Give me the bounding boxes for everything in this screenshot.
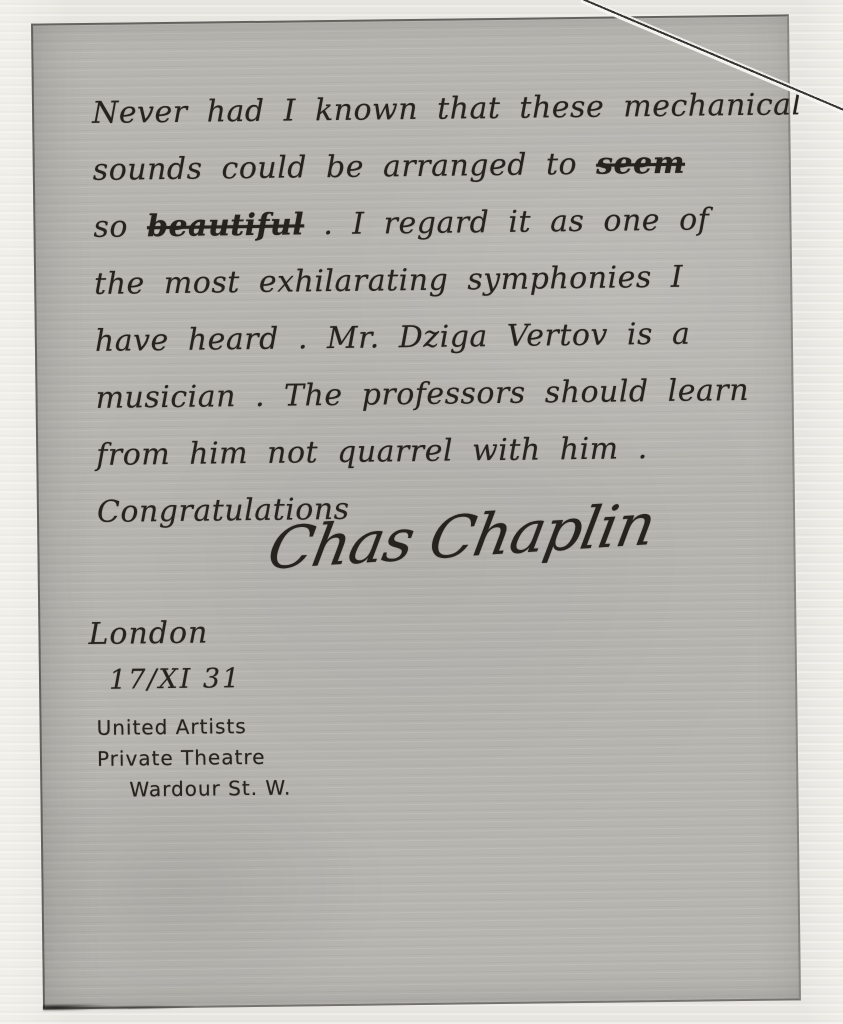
handwritten-line: Never had I known that these mechanical bbox=[92, 77, 773, 142]
handwritten-line: so beautiful . I regard it as one of bbox=[93, 191, 774, 256]
handwritten-text: the most exhilarating symphonies I bbox=[94, 260, 683, 302]
handwritten-line: musician . The professors should learn bbox=[95, 362, 776, 427]
address-block: United ArtistsPrivate TheatreWardour St.… bbox=[96, 711, 291, 806]
handwritten-text: sounds could be arranged to bbox=[93, 147, 597, 188]
place-london: London bbox=[88, 616, 208, 652]
struck-word: beautiful bbox=[147, 207, 305, 244]
struck-word: seem bbox=[596, 146, 685, 182]
handwritten-line: sounds could be arranged to seem bbox=[92, 134, 773, 199]
handwritten-text: musician . The professors should learn bbox=[95, 373, 749, 416]
photo-background: Never had I known that these mechanicals… bbox=[0, 0, 843, 1024]
handwritten-line: from him not quarrel with him . bbox=[96, 419, 777, 484]
handwritten-text: Never had I known that these mechanical bbox=[92, 87, 802, 131]
handwritten-text: from him not quarrel with him . bbox=[96, 431, 648, 473]
letter-body: Never had I known that these mechanicals… bbox=[92, 77, 778, 541]
handwritten-text: . I regard it as one of bbox=[304, 202, 710, 242]
address-line: Wardour St. W. bbox=[97, 773, 291, 806]
handwritten-text: have heard . Mr. Dziga Vertov is a bbox=[95, 317, 691, 359]
letter-photo: Never had I known that these mechanicals… bbox=[31, 14, 801, 1009]
date-line: 17/XI 31 bbox=[109, 663, 242, 696]
address-line: Private Theatre bbox=[97, 742, 291, 775]
handwritten-text: so bbox=[93, 209, 147, 245]
address-line: United Artists bbox=[96, 711, 290, 744]
handwritten-line: the most exhilarating symphonies I bbox=[94, 248, 775, 313]
border-smudge bbox=[43, 1003, 193, 1012]
handwritten-line: have heard . Mr. Dziga Vertov is a bbox=[95, 305, 776, 370]
